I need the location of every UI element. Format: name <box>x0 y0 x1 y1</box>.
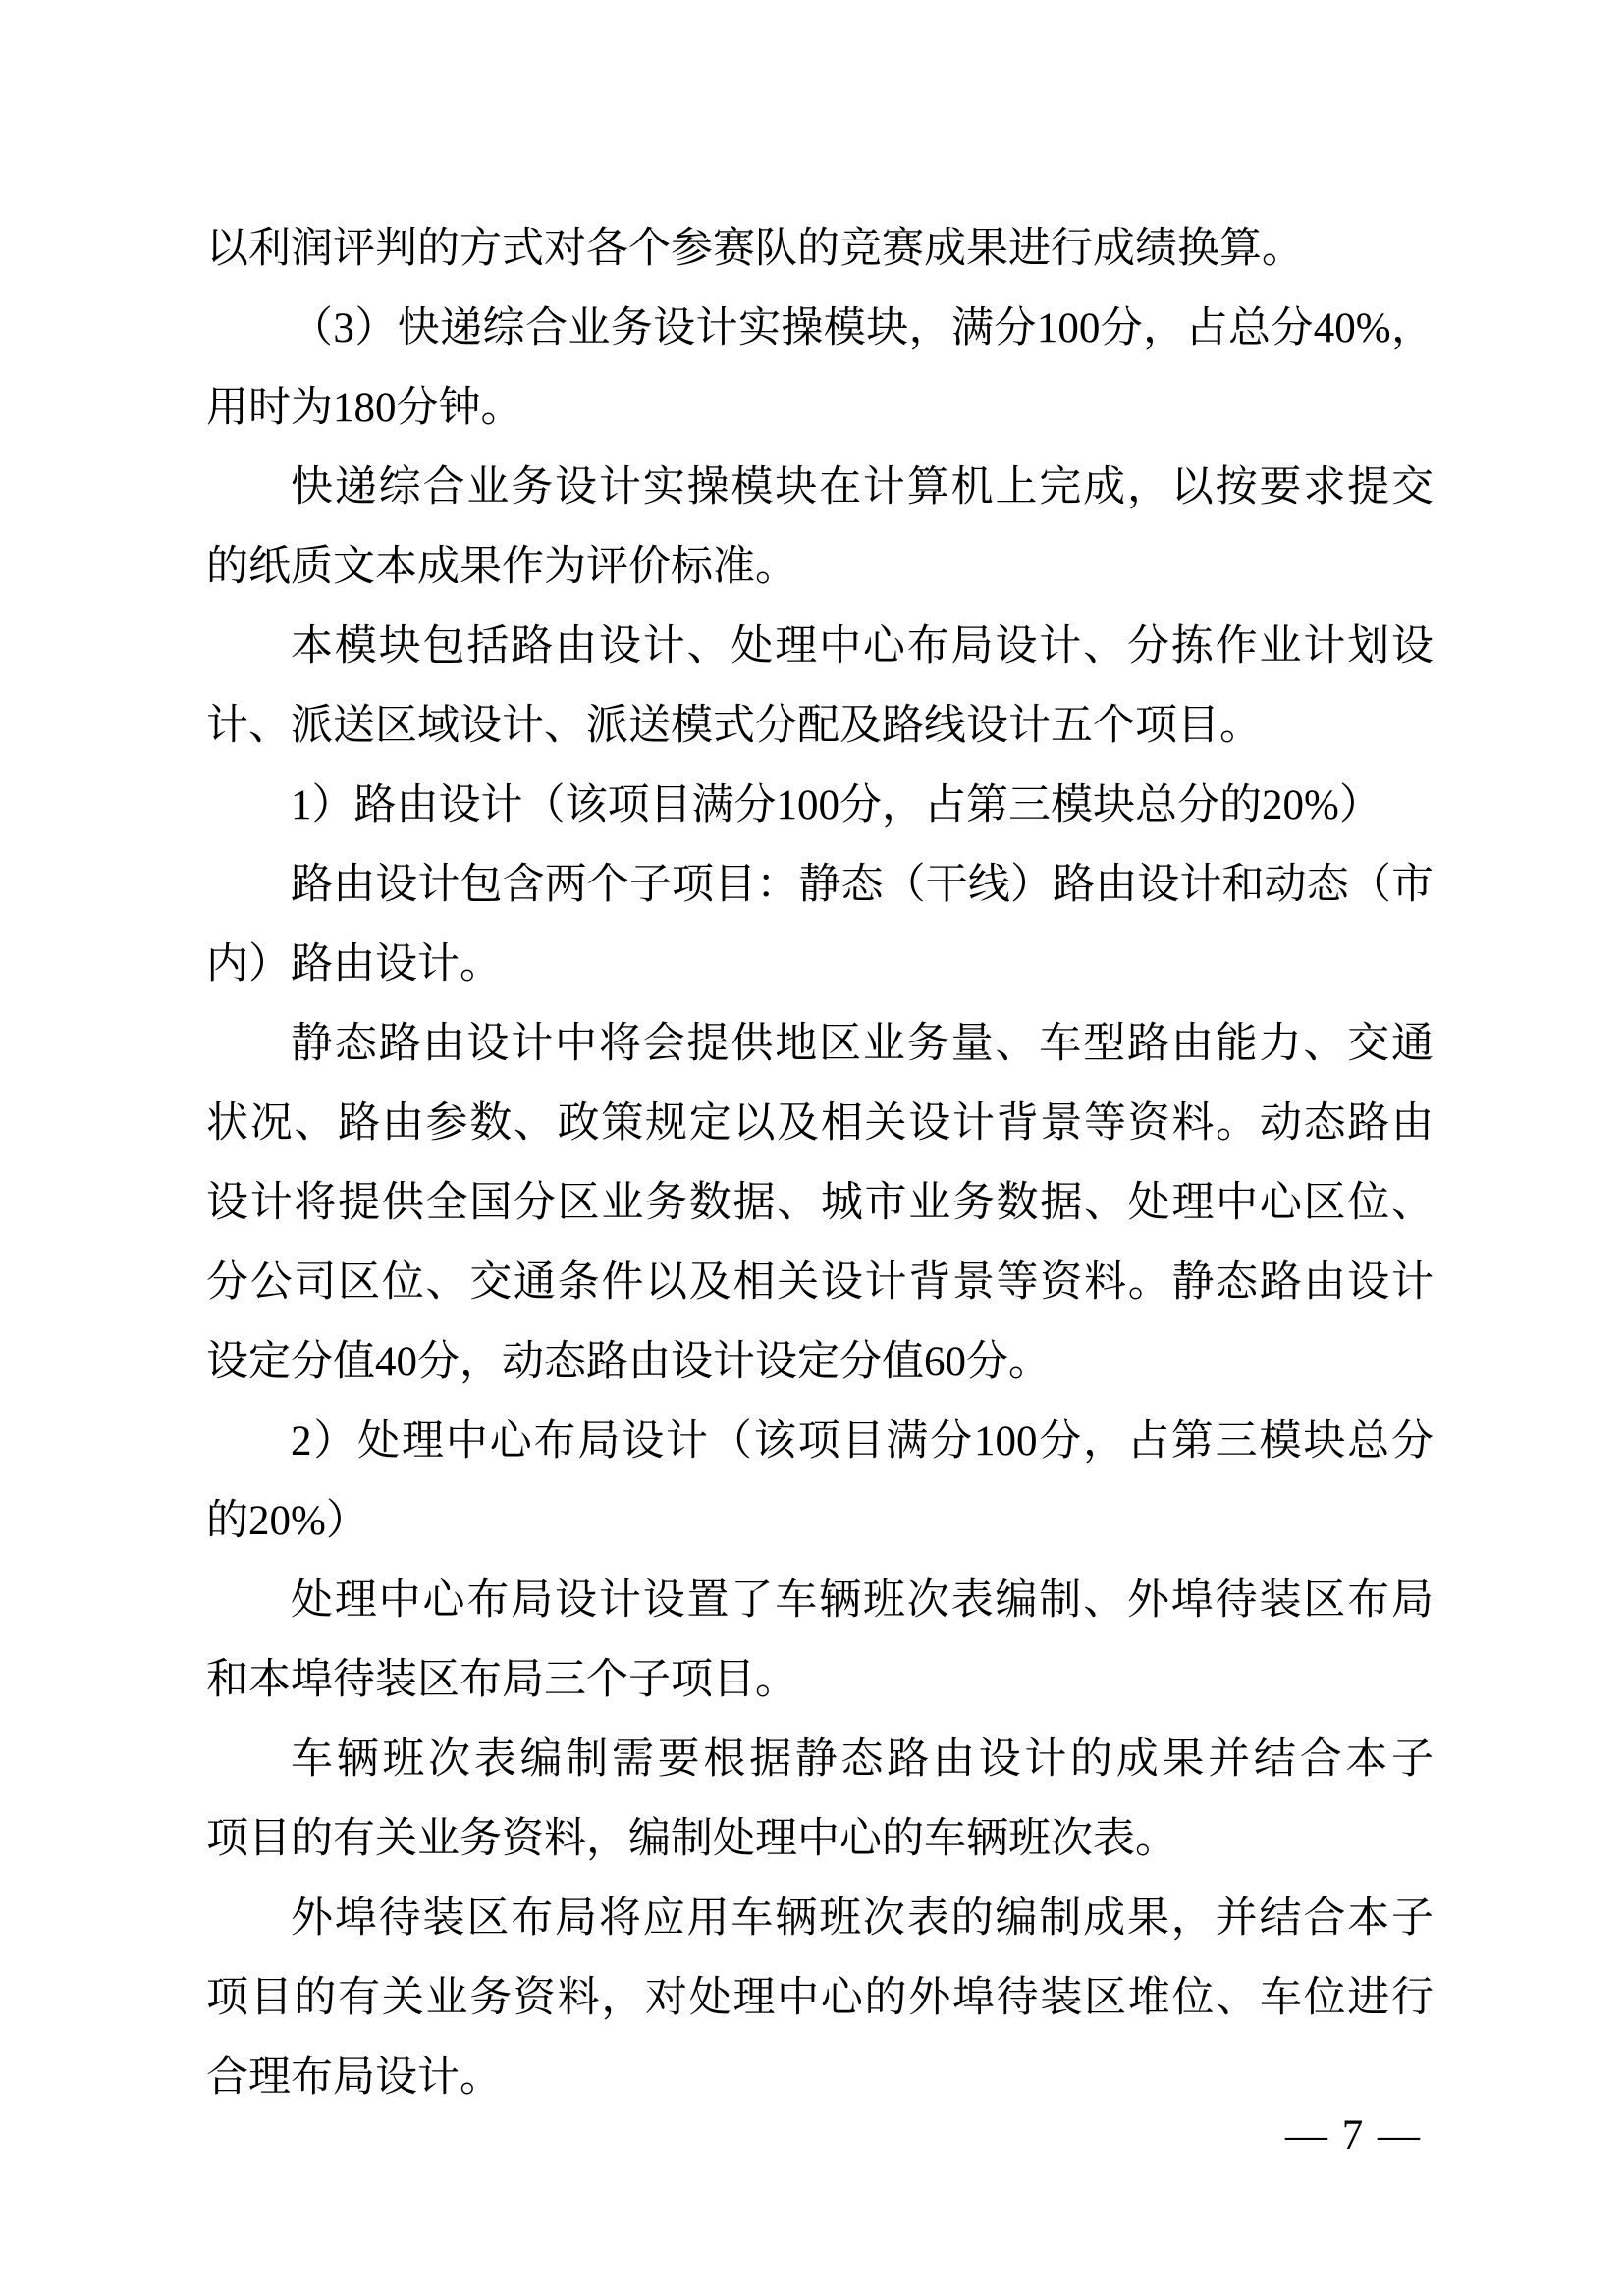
body-text: 以利润评判的方式对各个参赛队的竞赛成果进行成绩换算。 （3）快递综合业务设计实操… <box>206 209 1434 2117</box>
text-line: 合理布局设计。 <box>206 2038 1434 2117</box>
text-line: 用时为180分钟。 <box>206 368 1434 448</box>
text-line: 车辆班次表编制需要根据静态路由设计的成果并结合本子 <box>206 1720 1434 1799</box>
text-line: 以利润评判的方式对各个参赛队的竞赛成果进行成绩换算。 <box>206 209 1434 289</box>
text-line: 内）路由设计。 <box>206 925 1434 1004</box>
text-line: 本模块包括路由设计、处理中心布局设计、分拣作业计划设 <box>206 607 1434 686</box>
text-line: 处理中心布局设计设置了车辆班次表编制、外埠待装区布局 <box>206 1561 1434 1640</box>
text-line: （3）快递综合业务设计实操模块，满分100分，占总分40%， <box>206 289 1434 368</box>
text-line: 项目的有关业务资料，编制处理中心的车辆班次表。 <box>206 1799 1434 1879</box>
text-line: 和本埠待装区布局三个子项目。 <box>206 1640 1434 1720</box>
text-line: 设定分值40分，动态路由设计设定分值60分。 <box>206 1322 1434 1402</box>
text-line: 状况、路由参数、政策规定以及相关设计背景等资料。动态路由 <box>206 1084 1434 1163</box>
page-number: — 7 — <box>1285 2110 1422 2162</box>
text-line: 2）处理中心布局设计（该项目满分100分，占第三模块总分 <box>206 1402 1434 1481</box>
text-line: 设计将提供全国分区业务数据、城市业务数据、处理中心区位、 <box>206 1163 1434 1243</box>
text-line: 项目的有关业务资料，对处理中心的外埠待装区堆位、车位进行 <box>206 1958 1434 2038</box>
text-line: 静态路由设计中将会提供地区业务量、车型路由能力、交通 <box>206 1004 1434 1084</box>
text-line: 的20%） <box>206 1481 1434 1561</box>
document-page: 以利润评判的方式对各个参赛队的竞赛成果进行成绩换算。 （3）快递综合业务设计实操… <box>0 0 1624 2296</box>
text-line: 外埠待装区布局将应用车辆班次表的编制成果，并结合本子 <box>206 1879 1434 1958</box>
text-line: 快递综合业务设计实操模块在计算机上完成，以按要求提交 <box>206 448 1434 527</box>
text-line: 路由设计包含两个子项目：静态（干线）路由设计和动态（市 <box>206 845 1434 925</box>
text-line: 计、派送区域设计、派送模式分配及路线设计五个项目。 <box>206 686 1434 766</box>
text-line: 分公司区位、交通条件以及相关设计背景等资料。静态路由设计 <box>206 1243 1434 1322</box>
text-line: 的纸质文本成果作为评价标准。 <box>206 527 1434 607</box>
text-line: 1）路由设计（该项目满分100分，占第三模块总分的20%） <box>206 766 1434 845</box>
